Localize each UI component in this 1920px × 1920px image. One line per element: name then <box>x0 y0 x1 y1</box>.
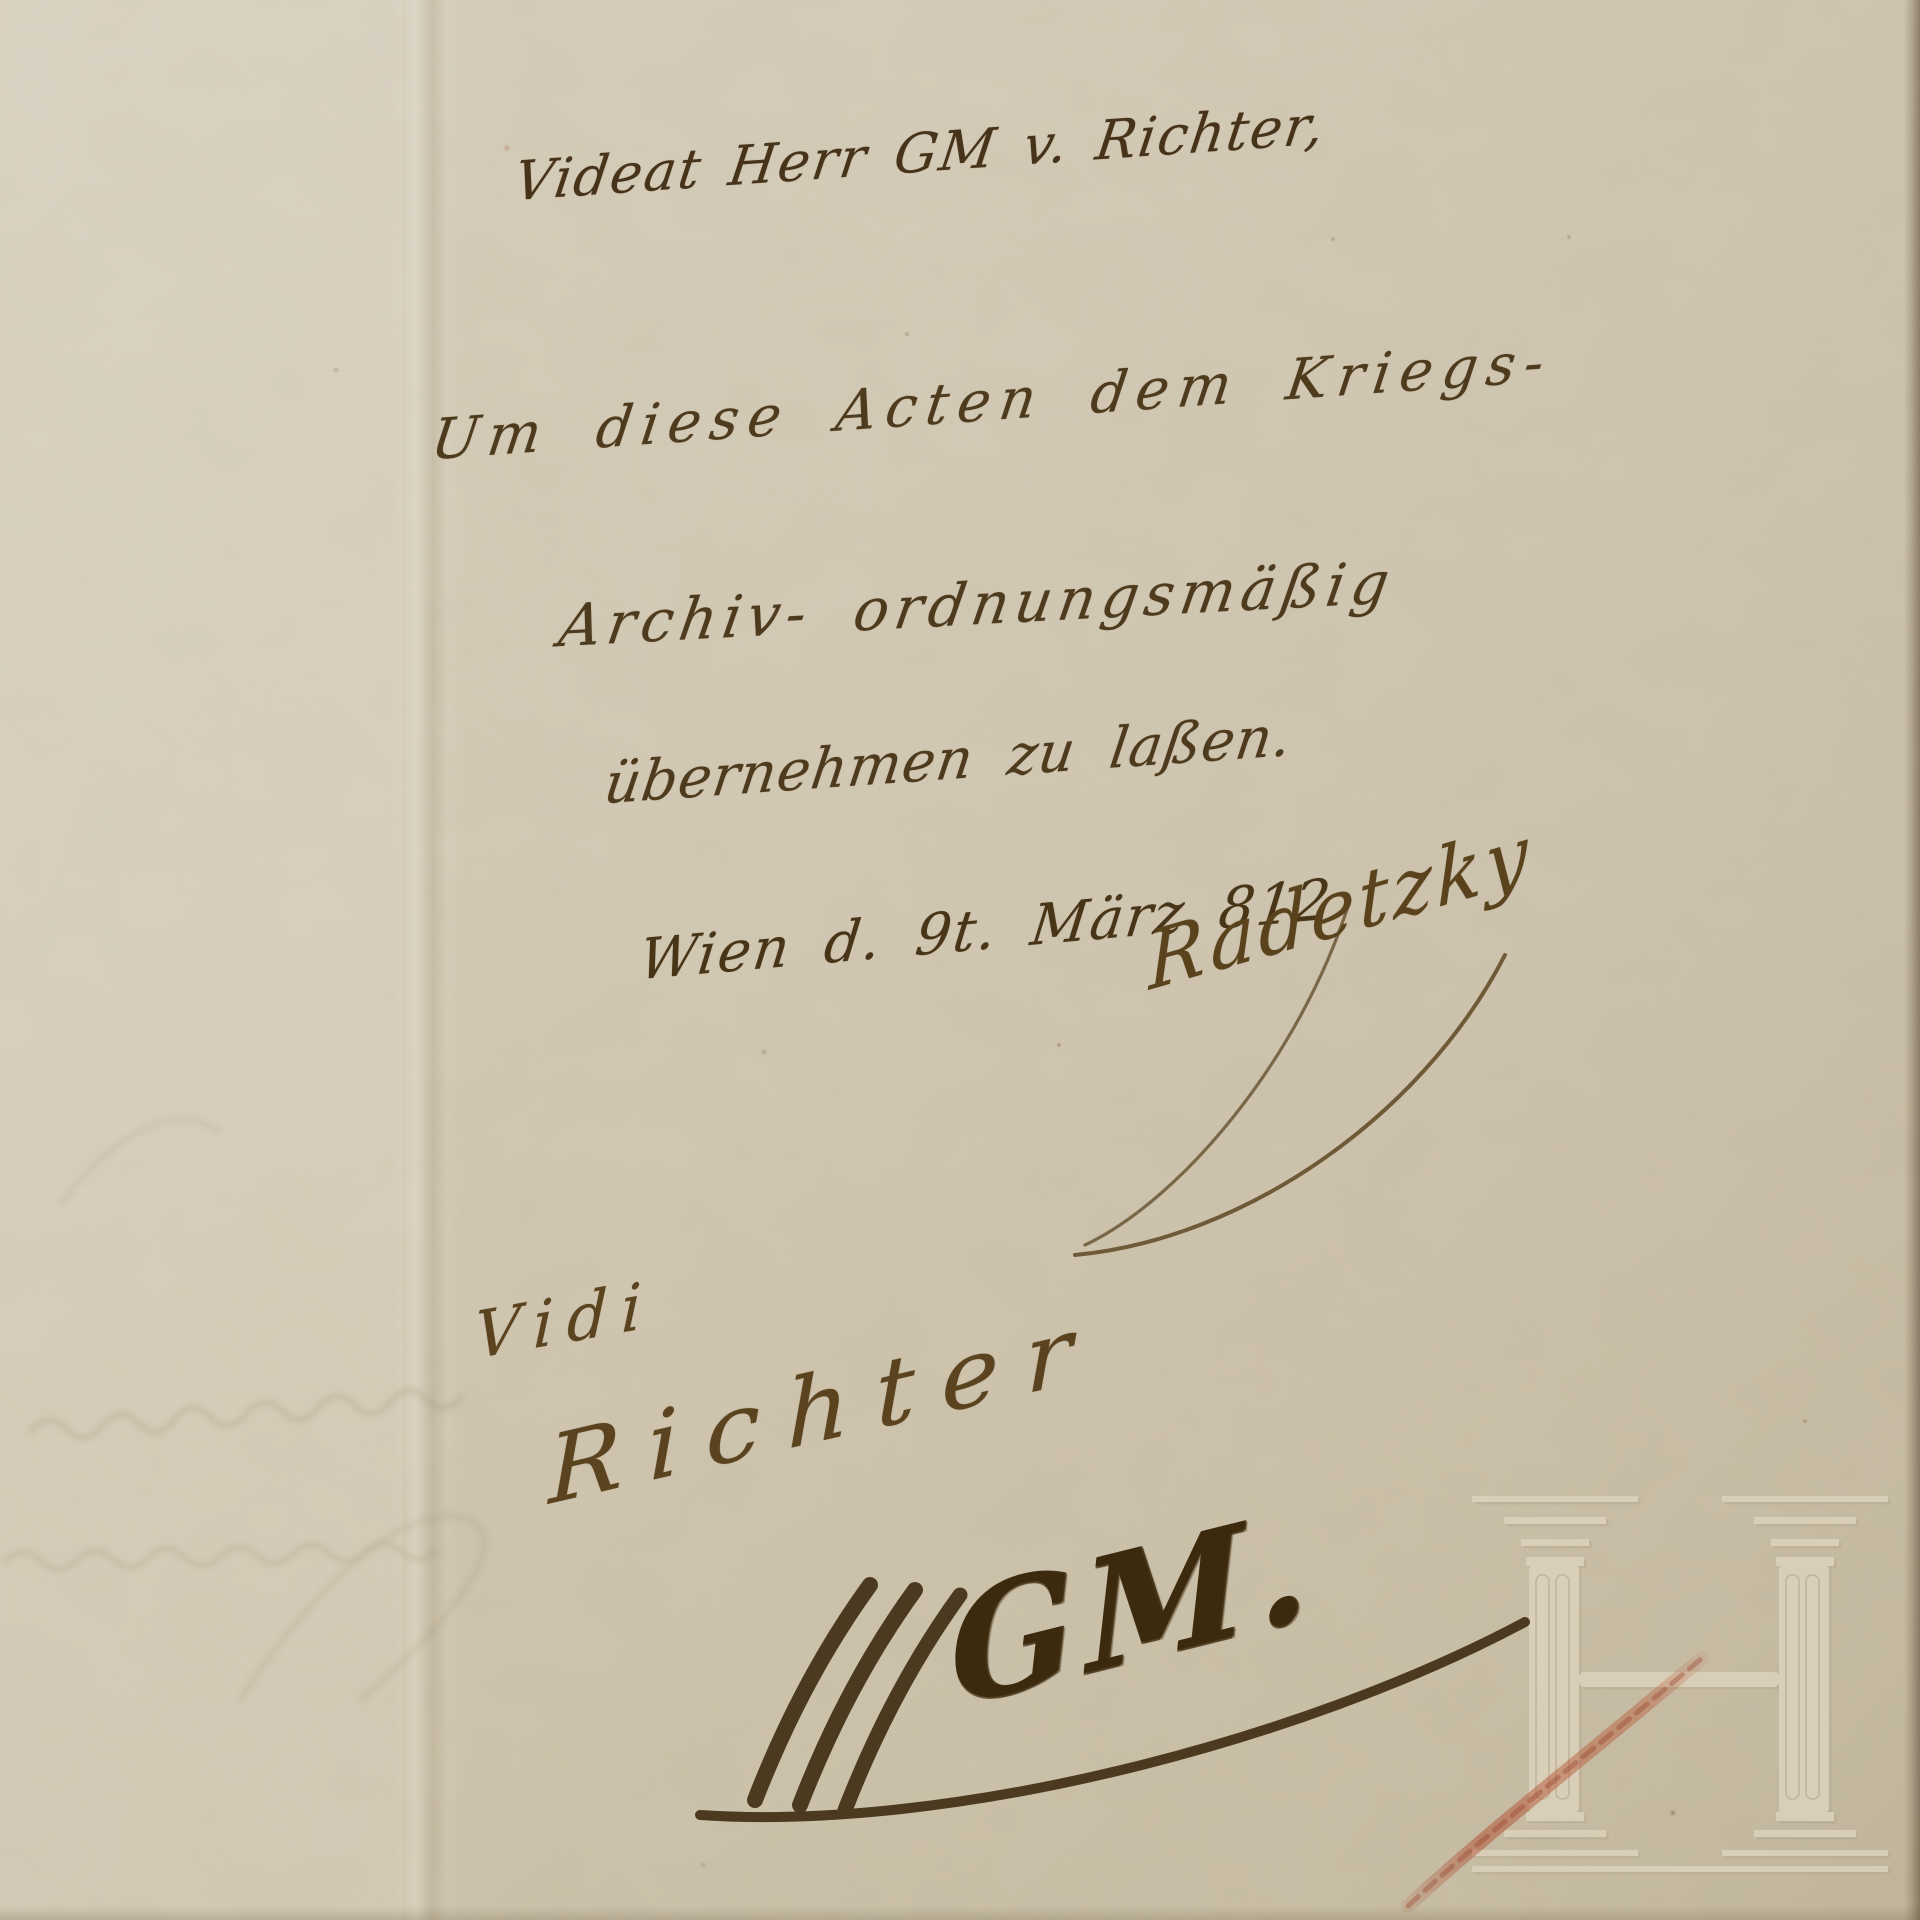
paper-right-edge <box>1904 0 1920 1920</box>
signature-radetzky: Radetzky <box>1146 807 1533 1010</box>
letter-line-acten: Um diese Acten dem Kriegs- <box>427 329 1557 473</box>
fold-left-panel-shading <box>0 0 402 1920</box>
letter-line-videat: Videat Herr GM v. Richter, <box>511 93 1330 213</box>
foxing-spots <box>0 0 2 2</box>
bleedthrough-ghost-writing <box>5 1119 484 1700</box>
vertical-fold-crease <box>396 0 462 1920</box>
vidi-rank-abbreviation: GM. <box>944 1473 1322 1742</box>
manuscript-page: Videat Herr GM v. Richter, Um diese Acte… <box>0 0 1920 1920</box>
red-chalk-mark <box>1408 1658 1702 1906</box>
letter-line-archiv: Archiv- ordnungsmäßig <box>555 548 1400 660</box>
letter-line-uebernehmen: übernehmen zu laßen. <box>600 704 1296 818</box>
vidi-note: Vidi <box>474 1267 657 1374</box>
watermark-h-logo <box>1460 1478 1900 1898</box>
paper-bottom-edge <box>0 1906 1920 1920</box>
